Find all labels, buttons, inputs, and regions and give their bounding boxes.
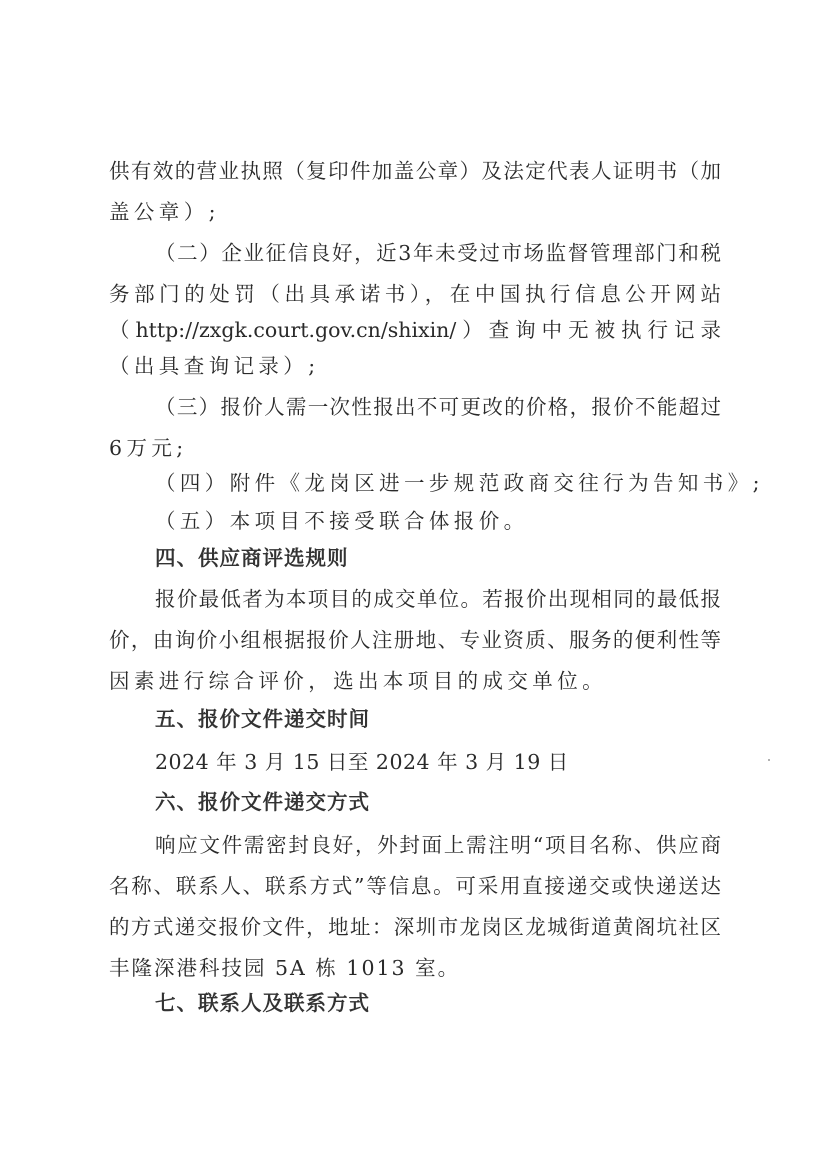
item-2-line-2: 务部门的处罚（出具承诺书），在中国执行信息公开网站 <box>109 281 721 307</box>
item-2-line-3: （http://zxgk.court.gov.cn/shixin/）查询中无被执… <box>109 317 721 343</box>
section-6-para-line-2: 名称、联系人、联系方式”等信息。可采用直接递交或快递送达 <box>109 873 721 899</box>
scan-speck <box>768 759 770 761</box>
item-4-line: （四）附件《龙岗区进一步规范政商交往行为告知书》; <box>155 470 721 496</box>
item-1-line-2: 盖公章）; <box>109 199 721 225</box>
section-5-heading: 五、报价文件递交时间 <box>155 706 721 732</box>
item-5-line: （五）本项目不接受联合体报价。 <box>155 508 721 534</box>
item-3-line-1: （三）报价人需一次性报出不可更改的价格，报价不能超过 <box>155 394 721 420</box>
section-4-heading: 四、供应商评选规则 <box>155 545 721 571</box>
document-page: 供有效的营业执照（复印件加盖公章）及法定代表人证明书（加 盖公章）; （二）企业… <box>0 0 826 1168</box>
item-2-line-4: （出具查询记录）; <box>109 353 721 379</box>
section-6-heading: 六、报价文件递交方式 <box>155 789 721 815</box>
section-6-para-line-3: 的方式递交报价文件，地址：深圳市龙岗区龙城街道黄阁坑社区 <box>109 914 721 940</box>
section-6-para-line-4: 丰隆深港科技园 5A 栋 1013 室。 <box>109 955 721 981</box>
item-1-line-1: 供有效的营业执照（复印件加盖公章）及法定代表人证明书（加 <box>109 158 721 184</box>
item-3-line-2: 6万元; <box>109 435 721 461</box>
item-2-line-1: （二）企业征信良好，近3年未受过市场监督管理部门和税 <box>155 240 721 266</box>
section-4-para-line-2: 价，由询价小组根据报价人注册地、专业资质、服务的便利性等 <box>109 627 721 653</box>
section-4-para-line-1: 报价最低者为本项目的成交单位。若报价出现相同的最低报 <box>155 586 721 612</box>
section-7-heading: 七、联系人及联系方式 <box>155 990 721 1016</box>
section-4-para-line-3: 因素进行综合评价，选出本项目的成交单位。 <box>109 668 721 694</box>
section-6-para-line-1: 响应文件需密封良好，外封面上需注明“项目名称、供应商 <box>155 832 721 858</box>
section-5-date-range: 2024 年 3 月 15 日至 2024 年 3 月 19 日 <box>155 749 721 775</box>
